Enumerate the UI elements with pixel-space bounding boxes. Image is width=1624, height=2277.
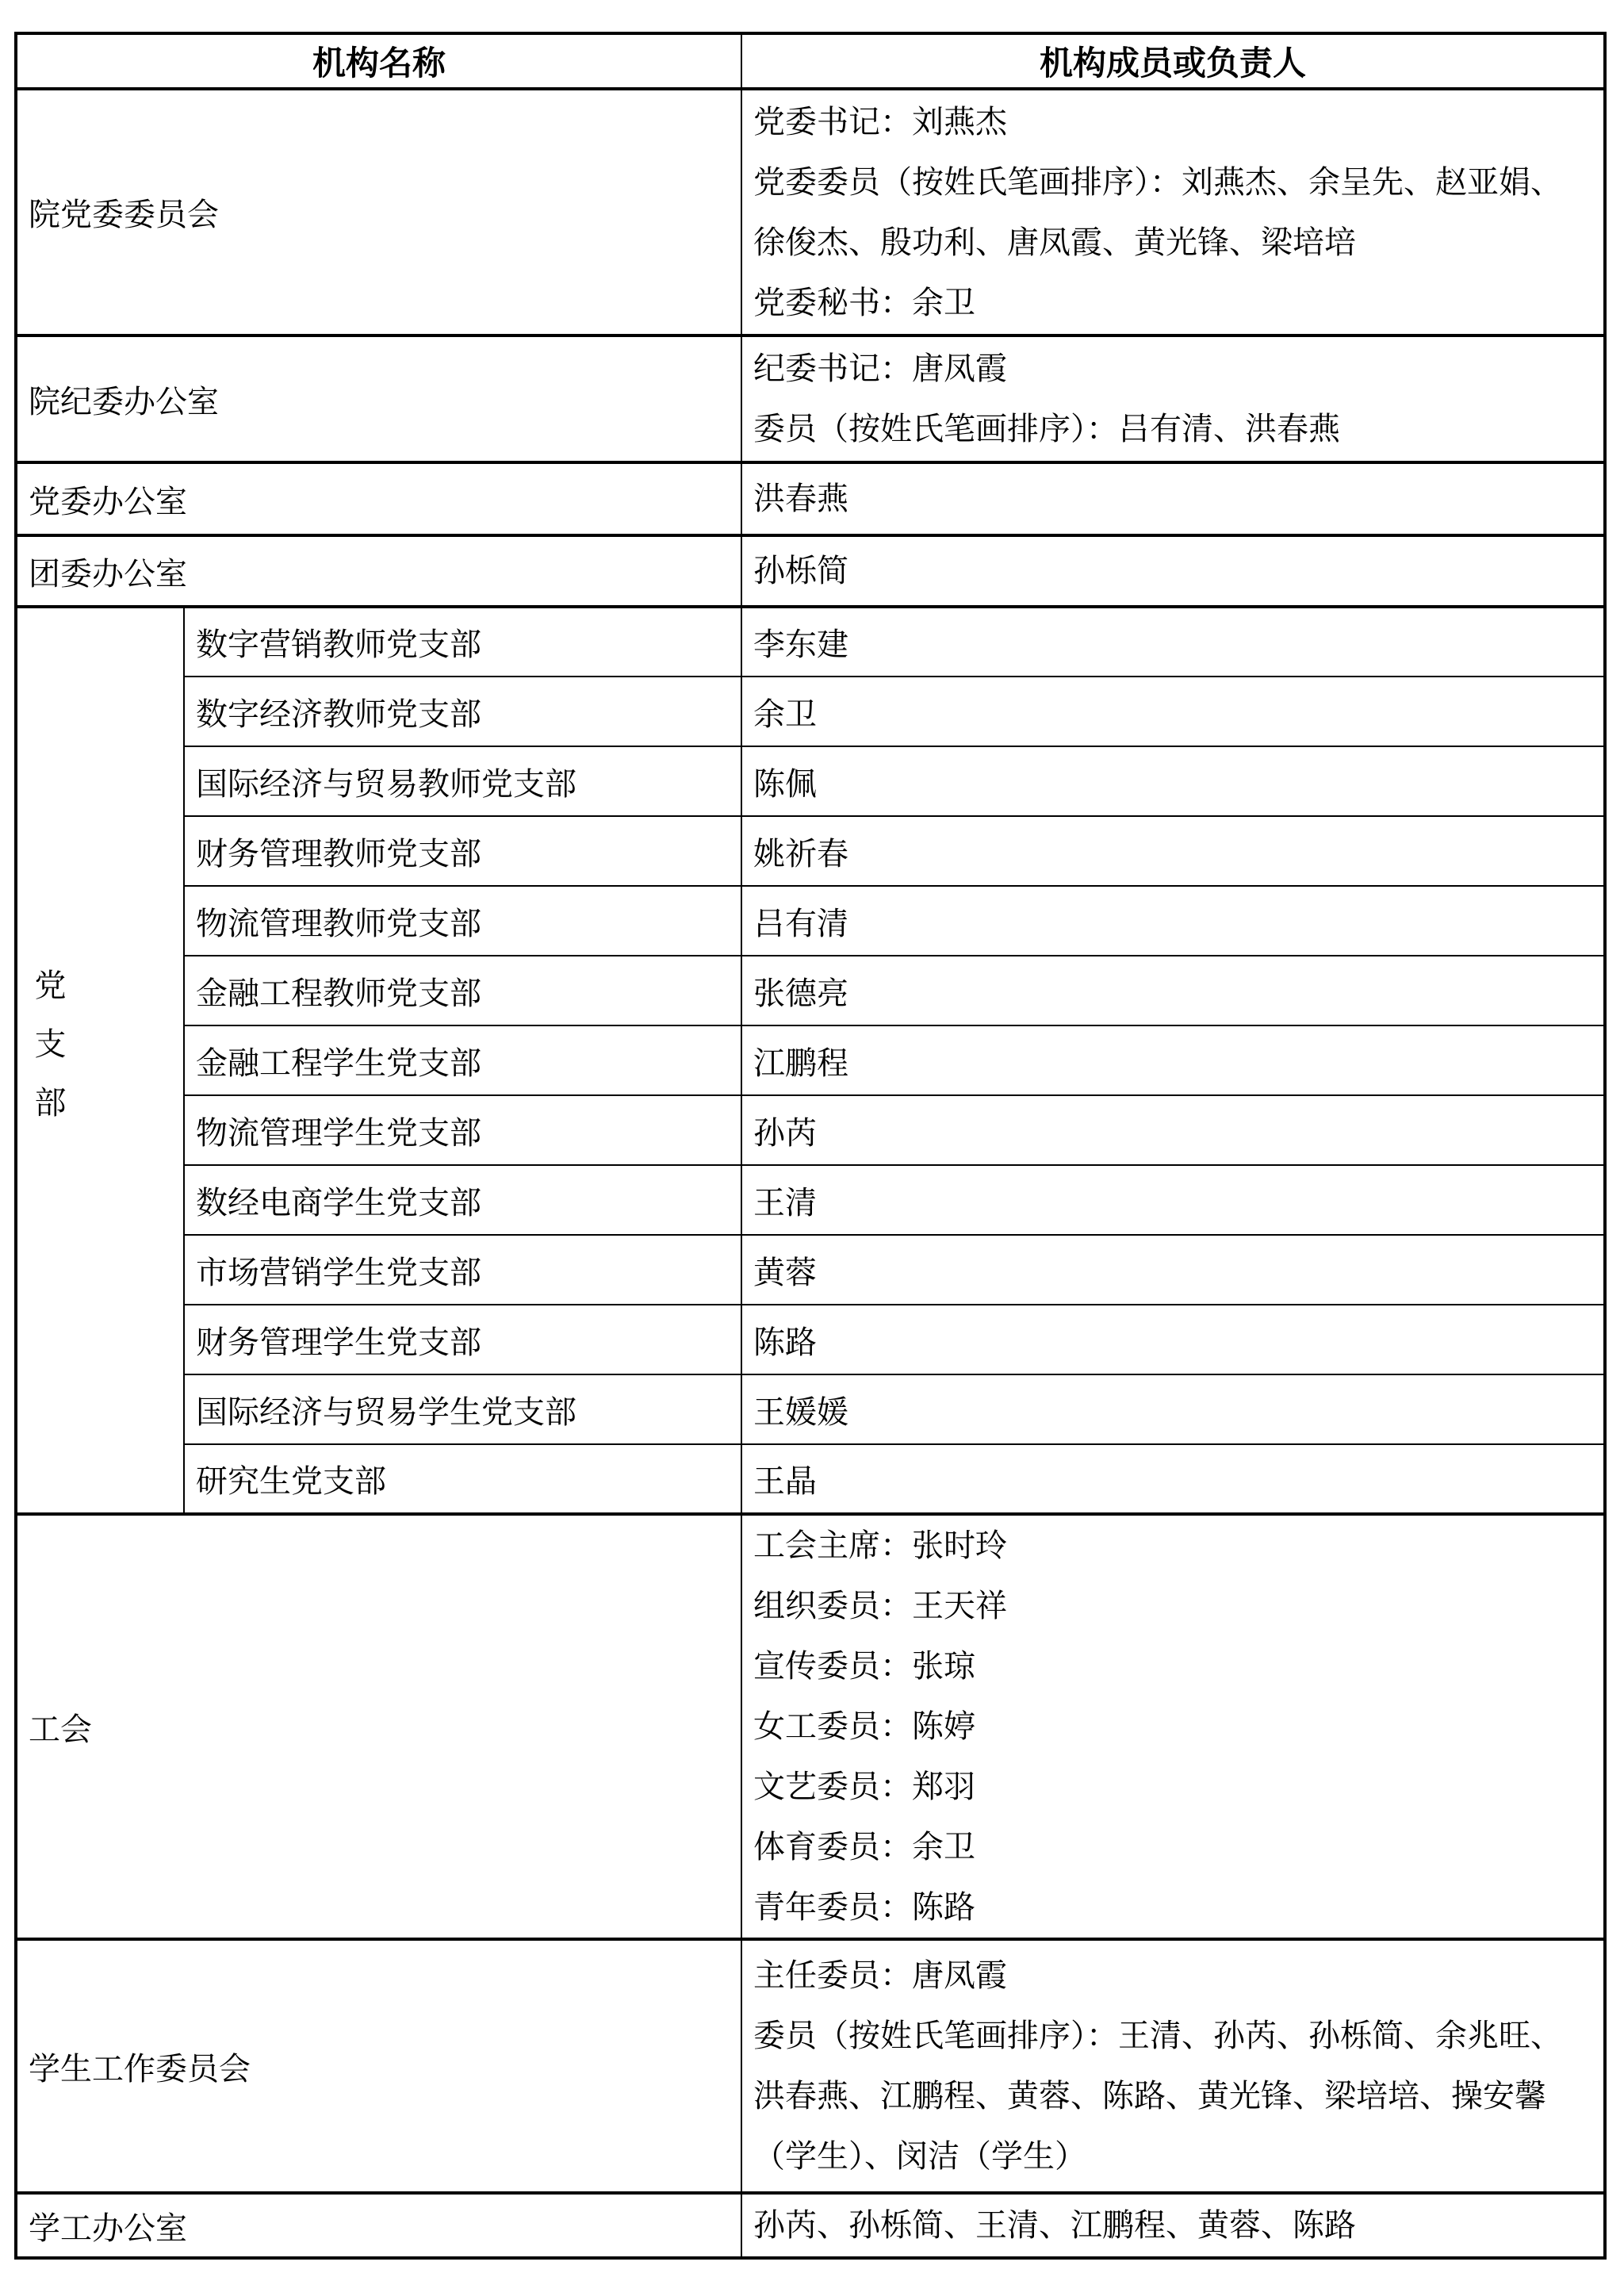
party-branch-group-label: 党支部 [25,968,71,1144]
org-members-cell: 工会主席：张时玲 组织委员：王天祥 宣传委员：张琼 女工委员：陈婷 文艺委员：郑… [741,1514,1605,1939]
party-branch-group-cell: 党支部 [16,607,184,1514]
branch-row: 财务管理教师党支部 姚祈春 [16,816,1605,886]
member-line: 孙芮、孙栎简、王清、江鹏程、黄蓉、陈路 [753,2195,1592,2256]
branch-name-cell: 国际经济与贸易教师党支部 [184,746,741,816]
table-row: 党委办公室 洪春燕 [16,462,1605,535]
branch-row: 国际经济与贸易学生党支部 王媛媛 [16,1374,1605,1444]
branch-name-cell: 金融工程教师党支部 [184,956,741,1025]
member-line: 主任委员：唐凤霞 [753,1945,1592,2006]
org-name-cell: 工会 [16,1514,741,1939]
branch-name-cell: 数字经济教师党支部 [184,677,741,746]
branch-row: 物流管理学生党支部 孙芮 [16,1095,1605,1165]
header-members-column: 机构成员或负责人 [741,33,1605,89]
branch-name-cell: 物流管理教师党支部 [184,886,741,956]
branch-row: 研究生党支部 王晶 [16,1444,1605,1514]
branch-secretary-cell: 李东建 [741,607,1605,677]
branch-name-cell: 数经电商学生党支部 [184,1165,741,1235]
branch-secretary-cell: 王清 [741,1165,1605,1235]
member-line: 委员（按姓氏笔画排序）：吕有清、洪春燕 [753,399,1592,459]
branch-secretary-cell: 张德亮 [741,956,1605,1025]
branch-secretary-cell: 王晶 [741,1444,1605,1514]
branch-row: 数字经济教师党支部 余卫 [16,677,1605,746]
member-line: 洪春燕 [753,469,1592,529]
org-name-cell: 院纪委办公室 [16,335,741,462]
branch-row: 市场营销学生党支部 黄蓉 [16,1235,1605,1305]
branch-name-cell: 金融工程学生党支部 [184,1025,741,1095]
branch-secretary-cell: 余卫 [741,677,1605,746]
branch-secretary-cell: 陈路 [741,1305,1605,1374]
member-line: 宣传委员：张琼 [753,1636,1592,1696]
org-members-cell: 主任委员：唐凤霞 委员（按姓氏笔画排序）：王清、孙芮、孙栎简、余兆旺、洪春燕、江… [741,1939,1605,2193]
member-line: 组织委员：王天祥 [753,1576,1592,1636]
branch-secretary-cell: 孙芮 [741,1095,1605,1165]
branch-name-cell: 物流管理学生党支部 [184,1095,741,1165]
branch-row: 党支部 数字营销教师党支部 李东建 [16,607,1605,677]
org-members-cell: 孙芮、孙栎简、王清、江鹏程、黄蓉、陈路 [741,2193,1605,2258]
member-line: 女工委员：陈婷 [753,1696,1592,1757]
branch-row: 财务管理学生党支部 陈路 [16,1305,1605,1374]
branch-row: 金融工程教师党支部 张德亮 [16,956,1605,1025]
branch-name-cell: 财务管理学生党支部 [184,1305,741,1374]
branch-row: 数经电商学生党支部 王清 [16,1165,1605,1235]
member-line: 工会主席：张时玲 [753,1516,1592,1576]
branch-name-cell: 财务管理教师党支部 [184,816,741,886]
member-line: 青年委员：陈路 [753,1877,1592,1938]
branch-row: 国际经济与贸易教师党支部 陈佩 [16,746,1605,816]
header-row: 机构名称 机构成员或负责人 [16,33,1605,89]
branch-name-cell: 国际经济与贸易学生党支部 [184,1374,741,1444]
org-members-cell: 洪春燕 [741,462,1605,535]
branch-secretary-cell: 江鹏程 [741,1025,1605,1095]
member-line: 文艺委员：郑羽 [753,1757,1592,1817]
table-row: 团委办公室 孙栎简 [16,535,1605,607]
branch-secretary-cell: 黄蓉 [741,1235,1605,1305]
org-members-cell: 孙栎简 [741,535,1605,607]
branch-row: 金融工程学生党支部 江鹏程 [16,1025,1605,1095]
branch-secretary-cell: 陈佩 [741,746,1605,816]
member-line: 体育委员：余卫 [753,1817,1592,1877]
table-row: 院纪委办公室 纪委书记：唐凤霞 委员（按姓氏笔画排序）：吕有清、洪春燕 [16,335,1605,462]
org-name-cell: 党委办公室 [16,462,741,535]
org-name-cell: 学生工作委员会 [16,1939,741,2193]
org-structure-table: 机构名称 机构成员或负责人 院党委委员会 党委书记：刘燕杰 党委委员（按姓氏笔画… [14,32,1607,2260]
branch-row: 物流管理教师党支部 吕有清 [16,886,1605,956]
branch-name-cell: 数字营销教师党支部 [184,607,741,677]
org-name-cell: 团委办公室 [16,535,741,607]
member-line: 党委秘书：余卫 [753,273,1592,333]
branch-name-cell: 研究生党支部 [184,1444,741,1514]
table-row: 院党委委员会 党委书记：刘燕杰 党委委员（按姓氏笔画排序）：刘燕杰、余呈先、赵亚… [16,89,1605,335]
org-members-cell: 党委书记：刘燕杰 党委委员（按姓氏笔画排序）：刘燕杰、余呈先、赵亚娟、徐俊杰、殷… [741,89,1605,335]
branch-secretary-cell: 王媛媛 [741,1374,1605,1444]
org-name-cell: 院党委委员会 [16,89,741,335]
member-line: 纪委书记：唐凤霞 [753,339,1592,399]
branch-secretary-cell: 吕有清 [741,886,1605,956]
table-row: 工会 工会主席：张时玲 组织委员：王天祥 宣传委员：张琼 女工委员：陈婷 文艺委… [16,1514,1605,1939]
org-members-cell: 纪委书记：唐凤霞 委员（按姓氏笔画排序）：吕有清、洪春燕 [741,335,1605,462]
member-line: 党委委员（按姓氏笔画排序）：刘燕杰、余呈先、赵亚娟、徐俊杰、殷功利、唐凤霞、黄光… [753,152,1592,273]
member-line: 党委书记：刘燕杰 [753,92,1592,152]
table-row: 学生工作委员会 主任委员：唐凤霞 委员（按姓氏笔画排序）：王清、孙芮、孙栎简、余… [16,1939,1605,2193]
branch-name-cell: 市场营销学生党支部 [184,1235,741,1305]
table-row: 学工办公室 孙芮、孙栎简、王清、江鹏程、黄蓉、陈路 [16,2193,1605,2258]
org-name-cell: 学工办公室 [16,2193,741,2258]
header-name-column: 机构名称 [16,33,741,89]
member-line: 孙栎简 [753,541,1592,601]
member-line: 委员（按姓氏笔画排序）：王清、孙芮、孙栎简、余兆旺、洪春燕、江鹏程、黄蓉、陈路、… [753,2006,1592,2187]
branch-secretary-cell: 姚祈春 [741,816,1605,886]
